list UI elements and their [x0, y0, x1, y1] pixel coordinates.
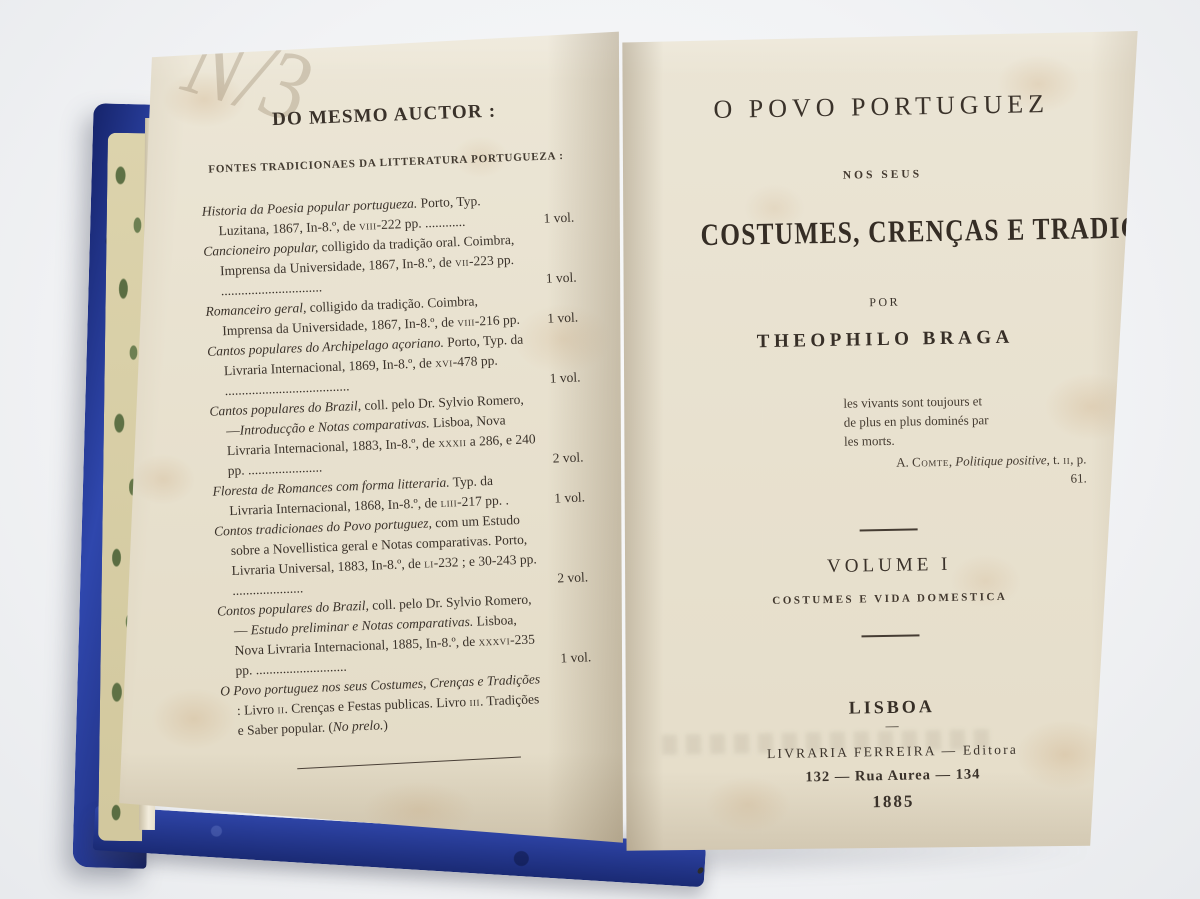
- by-label: POR: [662, 291, 1108, 314]
- left-page-text-block: DO MESMO AUCTOR : FONTES TRADICIONAES DA…: [198, 99, 595, 771]
- epigraph-line: les morts.: [844, 427, 1090, 450]
- bibliography-entry: Cantos populares do Brazil, coll. pelo D…: [209, 388, 584, 482]
- main-title: COSTUMES, CRENÇAS E TRADIÇÕES: [700, 211, 1066, 253]
- volume-count: 1 vol.: [554, 487, 586, 508]
- volume-count: 2 vol.: [557, 567, 589, 588]
- volume-count: 1 vol.: [560, 647, 592, 668]
- right-page: O POVO PORTUGUEZ NOS SEUS COSTUMES, CREN…: [616, 26, 1144, 854]
- imprint-address: 132 — Rua Aurea — 134: [670, 764, 1116, 789]
- volume-count: 1 vol.: [547, 308, 579, 329]
- imprint-year: 1885: [670, 788, 1116, 816]
- photo-background: N/3 DO MESMO AUCTOR : FONTES TRADICIONAE…: [0, 0, 1200, 899]
- volume-count: 2 vol.: [552, 447, 584, 468]
- divider-rule: [860, 528, 918, 531]
- epigraph: les vivants sont toujours et de plus en …: [843, 389, 1091, 491]
- series-subheading: FONTES TRADICIONAES DA LITTERATURA PORTU…: [200, 146, 572, 180]
- volume-title: VOLUME I: [666, 551, 1112, 581]
- volume-count: 1 vol.: [549, 368, 581, 389]
- series-title: O POVO PORTUGUEZ: [658, 88, 1104, 126]
- divider-rule: [297, 757, 521, 770]
- bibliography-list: Historia da Poesia popular portugueza. P…: [201, 188, 593, 742]
- bibliography-entry: O Povo portuguez nos seus Costumes, Cren…: [220, 667, 594, 741]
- subtitle-small: NOS SEUS: [659, 165, 1105, 185]
- bibliography-entry: Contos populares do Brazil, coll. pelo D…: [217, 587, 592, 681]
- volume-subtitle: COSTUMES E VIDA DOMESTICA: [667, 589, 1113, 609]
- epigraph-attribution: A. Comte, Politique positive, t. ii, p. …: [890, 449, 1087, 490]
- volume-count: 1 vol.: [545, 268, 577, 289]
- left-page: N/3 DO MESMO AUCTOR : FONTES TRADICIONAE…: [112, 25, 624, 851]
- author-name: THEOPHILO BRAGA: [662, 325, 1108, 355]
- bibliography-entry: Contos tradicionaes do Povo portuguez, c…: [214, 507, 589, 601]
- volume-count: 1 vol.: [543, 208, 575, 229]
- title-page-text-block: O POVO PORTUGUEZ NOS SEUS COSTUMES, CREN…: [658, 88, 1116, 816]
- divider-rule: [861, 634, 919, 637]
